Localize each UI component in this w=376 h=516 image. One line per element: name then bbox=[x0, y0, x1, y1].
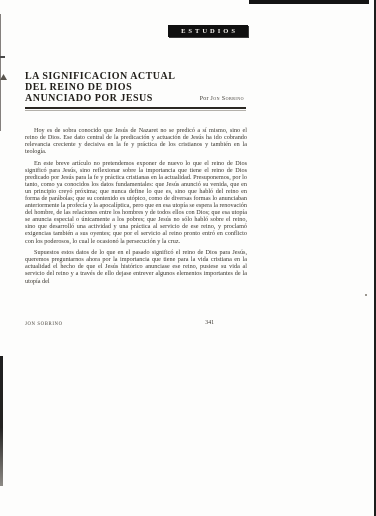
page-number: 341 bbox=[192, 320, 214, 326]
scan-mark-top-right-bar bbox=[249, 0, 369, 4]
scan-mark-left-speck bbox=[0, 74, 7, 80]
article-title-block: LA SIGNIFICACION ACTUAL DEL REINO DE DIO… bbox=[25, 71, 246, 104]
scan-mark-left-tick bbox=[0, 56, 5, 58]
paragraph-3: Supuestos estos datos de lo que en el pa… bbox=[25, 249, 247, 284]
section-label: ESTUDIOS bbox=[178, 28, 238, 35]
title-rule-shadow bbox=[25, 110, 246, 111]
scanned-journal-page: ESTUDIOS LA SIGNIFICACION ACTUAL DEL REI… bbox=[0, 0, 376, 516]
paragraph-1: Hoy es de sobra conocido que Jesús de Na… bbox=[25, 127, 247, 155]
byline-author-name: Jon Sobrino bbox=[210, 96, 244, 102]
byline-prefix: Por bbox=[200, 96, 209, 102]
article-body: Hoy es de sobra conocido que Jesús de Na… bbox=[25, 127, 247, 285]
scan-mark-dust-speck bbox=[365, 294, 367, 296]
running-head: JON SOBRINO bbox=[25, 322, 63, 327]
scan-mark-left-line bbox=[0, 14, 1, 131]
title-rule bbox=[25, 107, 246, 109]
article-title-line-2: DEL REINO DE DIOS bbox=[25, 82, 246, 93]
article-title-line-1: LA SIGNIFICACION ACTUAL bbox=[25, 71, 246, 82]
byline: Por Jon Sobrino bbox=[200, 96, 244, 102]
scan-mark-bottom-left-bar bbox=[0, 356, 3, 486]
paragraph-2: En este breve artículo no pretendemos ex… bbox=[25, 160, 247, 245]
section-label-badge: ESTUDIOS bbox=[168, 25, 248, 37]
